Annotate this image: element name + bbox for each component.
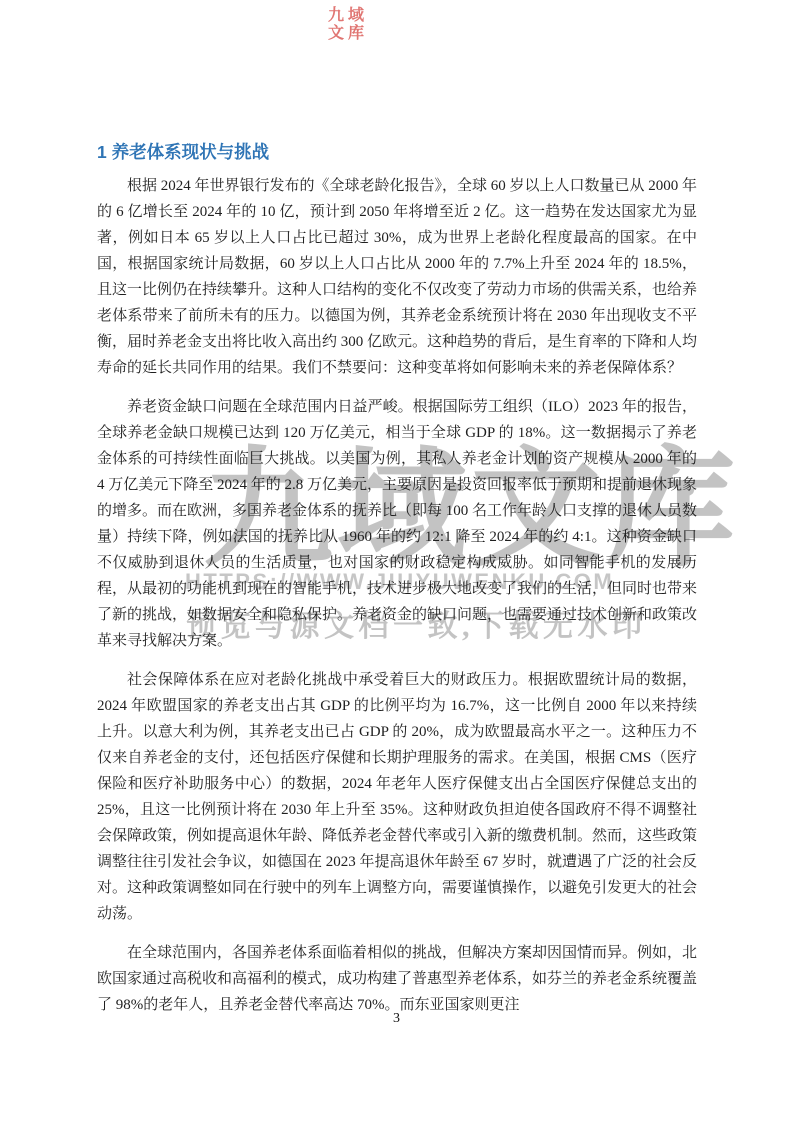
document-page: 九域文库 HTTPS://WWW.JIUYUWENKU.COM 预览与源文档一致…: [0, 0, 793, 1122]
section-heading: 1 养老体系现状与挑战: [97, 140, 697, 164]
paragraph-1: 根据 2024 年世界银行发布的《全球老龄化报告》，全球 60 岁以上人口数量已…: [97, 173, 697, 381]
page-number: 3: [0, 1011, 793, 1027]
paragraph-3: 社会保障体系在应对老龄化挑战中承受着巨大的财政压力。根据欧盟统计局的数据，202…: [97, 667, 697, 927]
paragraph-4: 在全球范围内，各国养老体系面临着相似的挑战，但解决方案却因国情而异。例如，北欧国…: [97, 940, 697, 1018]
document-content: 1 养老体系现状与挑战 根据 2024 年世界银行发布的《全球老龄化报告》，全球…: [97, 140, 697, 1031]
watermark-seal: 九域文库: [326, 7, 370, 43]
paragraph-2: 养老资金缺口问题在全球范围内日益严峻。根据国际劳工组织（ILO）2023 年的报…: [97, 394, 697, 654]
